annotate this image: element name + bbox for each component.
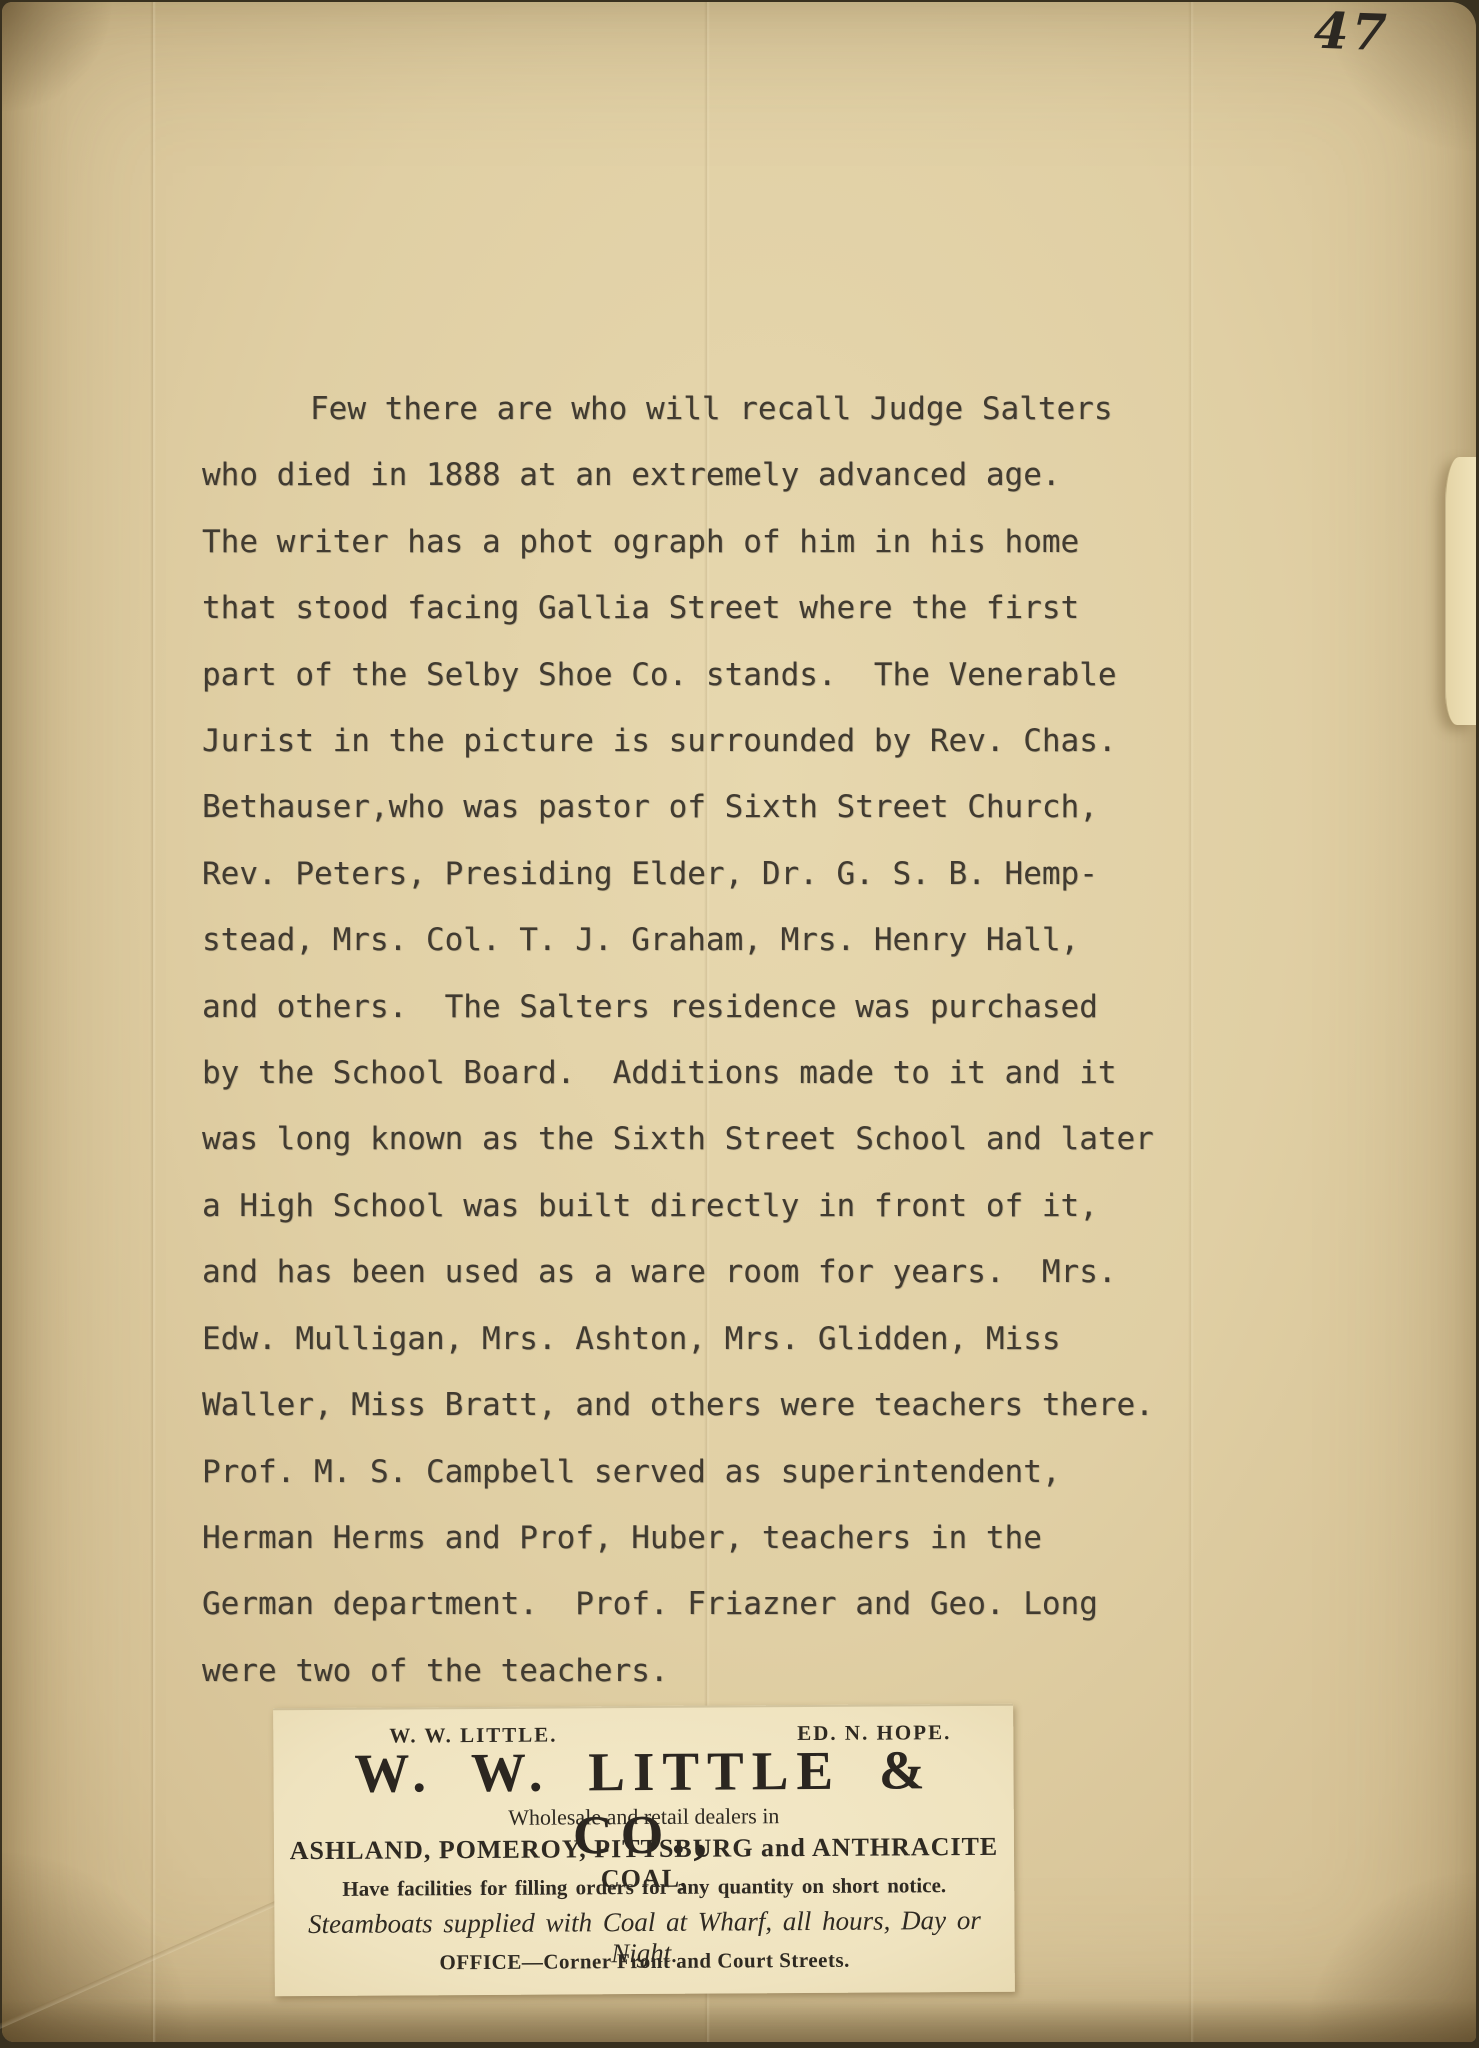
typewritten-line: by the School Board. Additions made to i… xyxy=(202,1040,1222,1106)
torn-edge xyxy=(1445,457,1476,725)
typewritten-line: Few there are who will recall Judge Salt… xyxy=(202,376,1222,442)
typewritten-line: The writer has a phot ograph of him in h… xyxy=(202,509,1222,575)
ad-clipping: W. W. LITTLE. ED. N. HOPE. W. W. LITTLE … xyxy=(273,1704,1015,1997)
typewritten-line: Rev. Peters, Presiding Elder, Dr. G. S. … xyxy=(202,841,1222,907)
typewritten-line: Prof. M. S. Campbell served as superinte… xyxy=(202,1439,1222,1505)
typewritten-line: that stood facing Gallia Street where th… xyxy=(202,575,1222,641)
typewritten-line: were two of the teachers. xyxy=(202,1638,1222,1704)
paper-crease-vertical xyxy=(150,2,156,2042)
typewritten-line: who died in 1888 at an extremely advance… xyxy=(202,442,1222,508)
ad-capacity-line: Have facilities for filling orders for a… xyxy=(274,1873,1014,1903)
typewritten-line: part of the Selby Shoe Co. stands. The V… xyxy=(202,642,1222,708)
typewritten-line: Herman Herms and Prof, Huber, teachers i… xyxy=(202,1505,1222,1571)
typewritten-line: Bethauser,who was pastor of Sixth Street… xyxy=(202,774,1222,840)
typewritten-line: German department. Prof. Friazner and Ge… xyxy=(202,1571,1222,1637)
ad-tagline: Wholesale and retail dealers in xyxy=(274,1802,1014,1833)
typewritten-line: Edw. Mulligan, Mrs. Ashton, Mrs. Glidden… xyxy=(202,1306,1222,1372)
typewritten-line: was long known as the Sixth Street Schoo… xyxy=(202,1106,1222,1172)
page-number-handwritten: 47 xyxy=(1313,1,1391,63)
typewritten-line: a High School was built directly in fron… xyxy=(202,1173,1222,1239)
typewritten-line: stead, Mrs. Col. T. J. Graham, Mrs. Henr… xyxy=(202,907,1222,973)
typewritten-line: and others. The Salters residence was pu… xyxy=(202,974,1222,1040)
ad-office-line: OFFICE—Corner Front and Court Streets. xyxy=(275,1947,1015,1977)
typewritten-line: and has been used as a ware room for yea… xyxy=(202,1239,1222,1305)
typewritten-paragraph: Few there are who will recall Judge Salt… xyxy=(202,376,1222,1704)
scrapbook-page: 47 Few there are who will recall Judge S… xyxy=(2,2,1476,2042)
typewritten-line: Jurist in the picture is surrounded by R… xyxy=(202,708,1222,774)
typewritten-line: Waller, Miss Bratt, and others were teac… xyxy=(202,1372,1222,1438)
document-scan: 47 Few there are who will recall Judge S… xyxy=(0,0,1479,2048)
